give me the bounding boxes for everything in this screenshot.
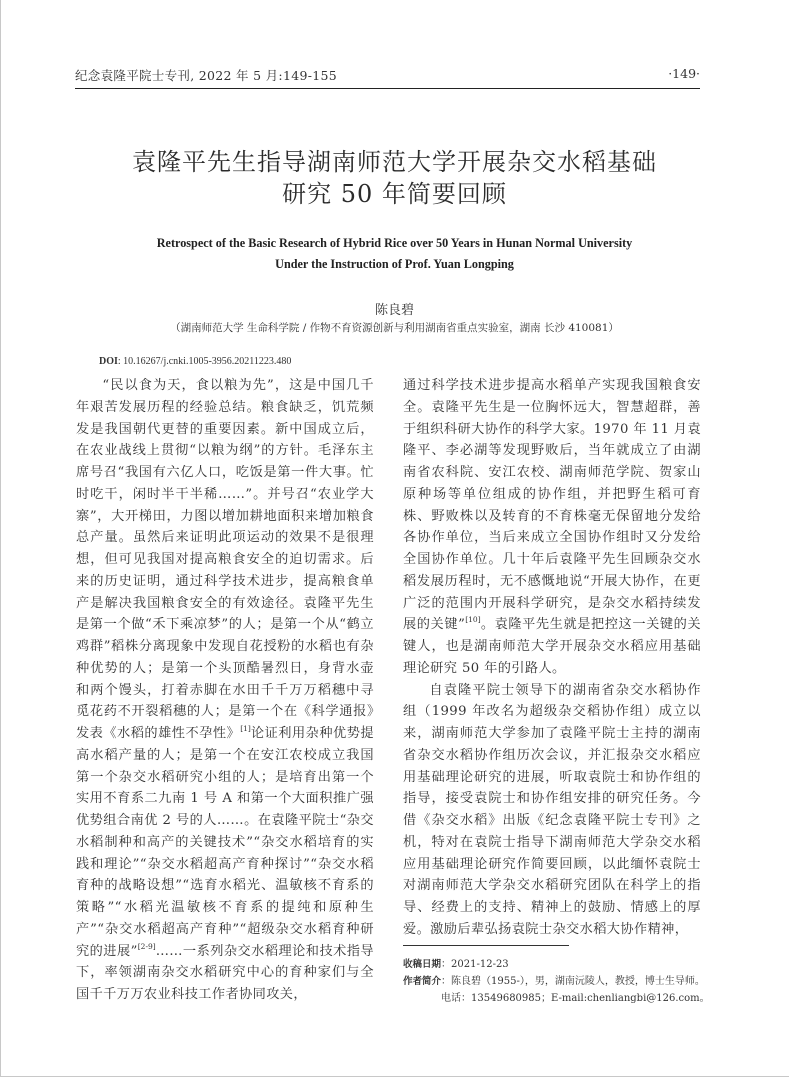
citation-ref[interactable]: [2-9] xyxy=(138,942,156,951)
body-column-right: 通过科学技术进步提高水稻单产实现我国粮食安全。袁隆平先生是一位胸怀远大，智慧超群… xyxy=(403,375,701,941)
citation-ref[interactable]: [1] xyxy=(240,724,251,733)
paragraph: 自袁隆平院士领导下的湖南省杂交水稻协作组（1999 年改名为超级杂交稻协作组）成… xyxy=(403,680,701,941)
received-date-label: 收稿日期 xyxy=(403,956,441,973)
author-bio: 作者简介 ：陈良碧（1955-），男，湖南沅陵人，教授，博士生导师。电话：135… xyxy=(403,973,713,1007)
citation-ref[interactable]: [10] xyxy=(465,615,480,624)
received-date: 收稿日期 ：2021-12-23 xyxy=(403,956,713,973)
title-en-line-2: Under the Instruction of Prof. Yuan Long… xyxy=(60,254,729,275)
author-affiliation: （湖南师范大学 生命科学院 / 作物不育资源创新与利用湖南省重点实验室，湖南 长… xyxy=(60,320,729,335)
author-bio-label: 作者简介 xyxy=(403,973,441,1007)
received-date-value: ：2021-12-23 xyxy=(441,956,713,973)
paragraph: “民以食为天，食以粮为先”，这是中国几千年艰苦发展历程的经验总结。粮食缺乏，饥荒… xyxy=(76,375,374,1006)
page-number: ·149· xyxy=(668,66,700,81)
journal-citation: 纪念袁隆平院士专刊, 2022 年 5 月:149-155 xyxy=(75,66,337,84)
body-column-left: “民以食为天，食以粮为先”，这是中国几千年艰苦发展历程的经验总结。粮食缺乏，饥荒… xyxy=(76,375,374,1006)
title-chinese: 袁隆平先生指导湖南师范大学开展杂交水稻基础 研究 50 年简要回顾 xyxy=(60,146,729,210)
author-name: 陈良碧 xyxy=(60,299,729,318)
running-header: 纪念袁隆平院士专刊, 2022 年 5 月:149-155 ·149· xyxy=(75,66,700,88)
footnote: 收稿日期 ：2021-12-23 作者简介 ：陈良碧（1955-），男，湖南沅陵… xyxy=(403,956,713,1007)
footnote-divider xyxy=(403,945,569,946)
author-bio-value: ：陈良碧（1955-），男，湖南沅陵人，教授，博士生导师。电话：13549680… xyxy=(441,973,713,1007)
paragraph: 通过科学技术进步提高水稻单产实现我国粮食安全。袁隆平先生是一位胸怀远大，智慧超群… xyxy=(403,375,701,680)
title-english: Retrospect of the Basic Research of Hybr… xyxy=(60,233,729,275)
doi-label: DOI xyxy=(99,356,118,367)
title-cn-line-2: 研究 50 年简要回顾 xyxy=(60,178,729,210)
title-cn-line-1: 袁隆平先生指导湖南师范大学开展杂交水稻基础 xyxy=(60,146,729,178)
doi: DOI: 10.16267/j.cnki.1005-3956.20211223.… xyxy=(99,356,291,367)
doi-value[interactable]: : 10.16267/j.cnki.1005-3956.20211223.480 xyxy=(118,356,292,367)
header-divider xyxy=(75,88,700,89)
title-en-line-1: Retrospect of the Basic Research of Hybr… xyxy=(60,233,729,254)
